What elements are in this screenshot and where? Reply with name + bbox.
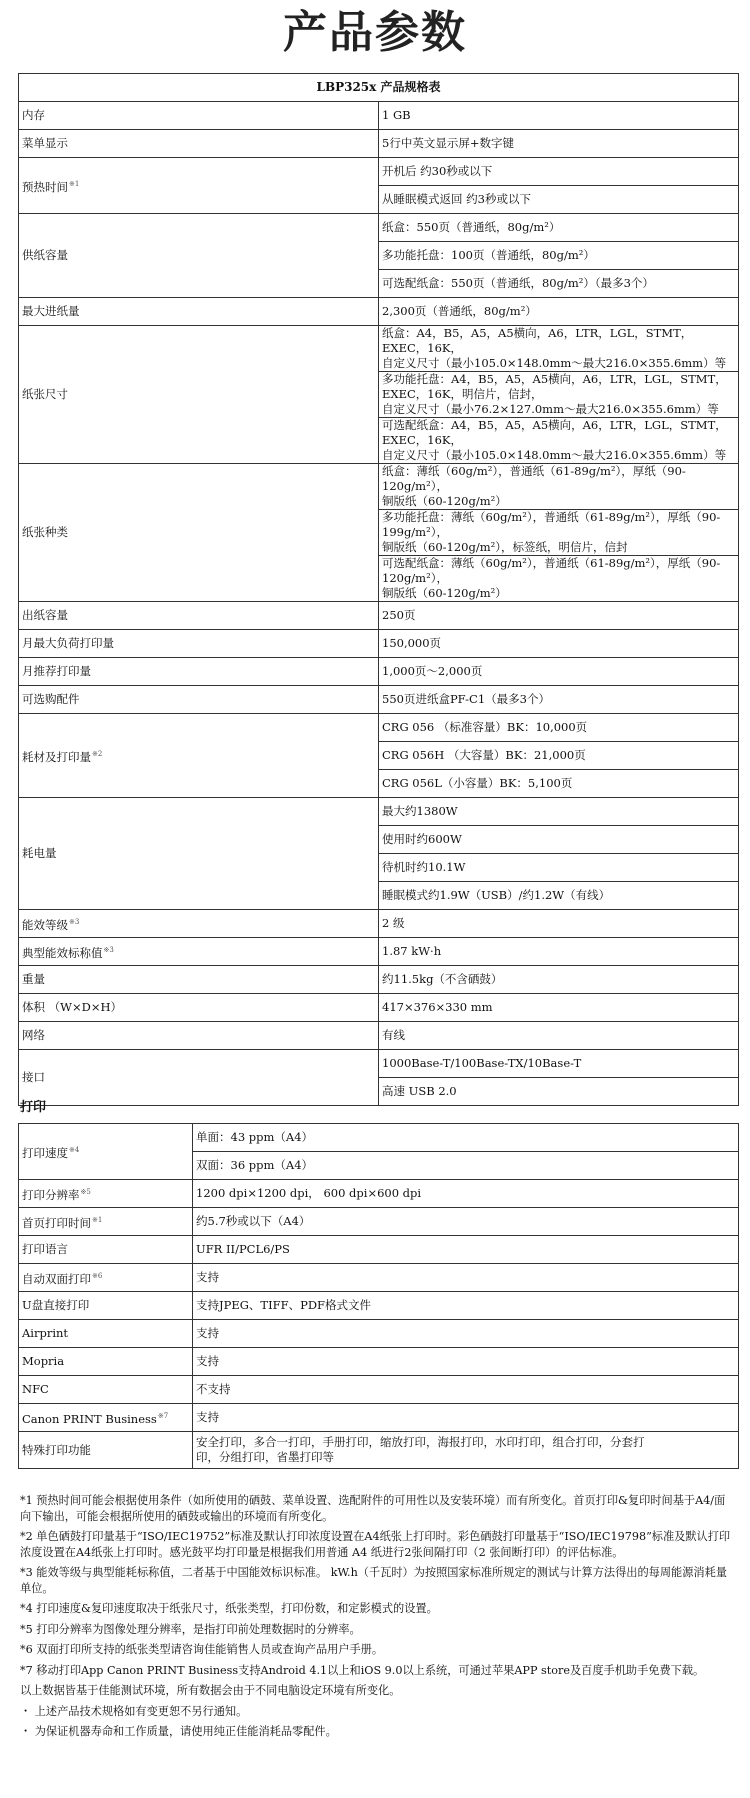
spec-value: 多功能托盘：100页（普通纸，80g/m²） (379, 242, 739, 270)
spec-label: 出纸容量 (19, 602, 379, 630)
spec-value: 2,300页（普通纸，80g/m²） (379, 298, 739, 326)
spec-label: 打印速度※4 (19, 1124, 193, 1180)
spec-label-text: 耗材及打印量 (22, 749, 91, 763)
spec-value: CRG 056L（小容量）BK：5,100页 (379, 770, 739, 798)
spec-label-text: 菜单显示 (22, 136, 68, 150)
spec-value: 5行中英文显示屏+数字键 (379, 130, 739, 158)
table-row: 首页打印时间※1约5.7秒或以下（A4） (19, 1208, 739, 1236)
table-row: 打印分辨率※51200 dpi×1200 dpi， 600 dpi×600 dp… (19, 1180, 739, 1208)
spec-label-text: 能效等级 (22, 917, 68, 931)
table-row: 接口1000Base-T/100Base-TX/10Base-T (19, 1050, 739, 1078)
table-row: 打印速度※4单面：43 ppm（A4） (19, 1124, 739, 1152)
spec-value-line: 印，分组打印，省墨打印等 (196, 1450, 735, 1465)
footnote-item: *3 能效等级与典型能耗标称值，二者基于中国能效标识标准。 kW.h（千瓦时）为… (20, 1565, 735, 1596)
spec-label-text: 预热时间 (22, 179, 68, 193)
spec-value-line: 自定义尺寸（最小105.0×148.0mm～最大216.0×355.6mm）等 (382, 356, 735, 371)
spec-label-text: 体积 （W×D×H） (22, 1000, 122, 1014)
footnote-item: ・ 为保证机器寿命和工作质量，请使用纯正佳能消耗品零配件。 (20, 1724, 735, 1740)
spec-value: 安全打印，多合一打印，手册打印，缩放打印，海报打印，水印打印，组合打印，分套打印… (193, 1432, 739, 1469)
footnote-ref: ※7 (158, 1412, 168, 1420)
footnote-ref: ※3 (69, 918, 79, 926)
table-row: 供纸容量纸盒：550页（普通纸，80g/m²） (19, 214, 739, 242)
spec-value: 1200 dpi×1200 dpi， 600 dpi×600 dpi (193, 1180, 739, 1208)
footnote-ref: ※2 (92, 750, 102, 758)
spec-value: 高速 USB 2.0 (379, 1078, 739, 1106)
spec-label: 网络 (19, 1022, 379, 1050)
spec-label-text: 耗电量 (22, 846, 57, 860)
spec-label: 纸张种类 (19, 464, 379, 602)
spec-value-line: 自定义尺寸（最小76.2×127.0mm～最大216.0×355.6mm）等 (382, 402, 735, 417)
spec-label: 特殊打印功能 (19, 1432, 193, 1469)
table-row: 重量约11.5kg（不含硒鼓） (19, 966, 739, 994)
spec-value-line: 纸盒：A4，B5，A5，A5横向，A6，LTR，LGL，STMT，EXEC，16… (382, 326, 735, 356)
table-row: 最大进纸量2,300页（普通纸，80g/m²） (19, 298, 739, 326)
footnote-item: *4 打印速度&复印速度取决于纸张尺寸，纸张类型，打印份数，和定影模式的设置。 (20, 1601, 735, 1617)
table-row: Canon PRINT Business※7支持 (19, 1404, 739, 1432)
spec-label-text: Airprint (22, 1326, 68, 1340)
spec-label-text: 典型能效标称值 (22, 945, 103, 959)
spec-value: 开机后 约30秒或以下 (379, 158, 739, 186)
spec-value-line: 多功能托盘：A4，B5，A5，A5横向，A6，LTR，LGL，STMT，EXEC… (382, 372, 735, 402)
spec-value: 睡眠模式约1.9W（USB）/约1.2W（有线） (379, 882, 739, 910)
footnote-ref: ※1 (92, 1216, 102, 1224)
spec-label-text: 内存 (22, 108, 45, 122)
spec-value: 单面：43 ppm（A4） (193, 1124, 739, 1152)
table-row: 打印语言UFR II/PCL6/PS (19, 1236, 739, 1264)
spec-label: 耗电量 (19, 798, 379, 910)
table-row: 耗材及打印量※2CRG 056 （标准容量）BK：10,000页 (19, 714, 739, 742)
footnote-ref: ※1 (69, 180, 79, 188)
spec-label: 典型能效标称值※3 (19, 938, 379, 966)
table-row: 耗电量最大约1380W (19, 798, 739, 826)
spec-label-text: NFC (22, 1382, 49, 1396)
spec-label: 接口 (19, 1050, 379, 1106)
spec-value: 支持JPEG、TIFF、PDF格式文件 (193, 1292, 739, 1320)
spec-value-line: 铜版纸（60-120g/m²） (382, 494, 735, 509)
spec-label-text: 特殊打印功能 (22, 1443, 91, 1457)
spec-label: 打印语言 (19, 1236, 193, 1264)
spec-label-text: 首页打印时间 (22, 1215, 91, 1229)
spec-value: 支持 (193, 1264, 739, 1292)
spec-value-line: 自定义尺寸（最小105.0×148.0mm～最大216.0×355.6mm）等 (382, 448, 735, 463)
spec-value: 约5.7秒或以下（A4） (193, 1208, 739, 1236)
spec-value: 纸盒：薄纸（60g/m²），普通纸（61-89g/m²），厚纸（90-120g/… (379, 464, 739, 510)
table-row: Airprint支持 (19, 1320, 739, 1348)
spec-label: 内存 (19, 102, 379, 130)
spec-label-text: 接口 (22, 1070, 45, 1084)
table-row: 纸张种类纸盒：薄纸（60g/m²），普通纸（61-89g/m²），厚纸（90-1… (19, 464, 739, 510)
spec-value: CRG 056H （大容量）BK：21,000页 (379, 742, 739, 770)
spec-label-text: 纸张尺寸 (22, 387, 68, 401)
spec-label-text: 可选购配件 (22, 692, 80, 706)
spec-value: 250页 (379, 602, 739, 630)
spec-label-text: 月推荐打印量 (22, 664, 91, 678)
spec-value: 双面：36 ppm（A4） (193, 1152, 739, 1180)
table-row: 月最大负荷打印量150,000页 (19, 630, 739, 658)
spec-label-text: 打印分辨率 (22, 1187, 80, 1201)
table-row: 典型能效标称值※31.87 kW·h (19, 938, 739, 966)
spec-label: Mopria (19, 1348, 193, 1376)
spec-label: U盘直接打印 (19, 1292, 193, 1320)
table-row: 网络有线 (19, 1022, 739, 1050)
spec-value: 纸盒：A4，B5，A5，A5横向，A6，LTR，LGL，STMT，EXEC，16… (379, 326, 739, 372)
spec-label-text: Mopria (22, 1354, 64, 1368)
spec-label: 耗材及打印量※2 (19, 714, 379, 798)
table-row: 预热时间※1开机后 约30秒或以下 (19, 158, 739, 186)
spec-value: 多功能托盘：A4，B5，A5，A5横向，A6，LTR，LGL，STMT，EXEC… (379, 372, 739, 418)
spec-value: 可选配纸盒：550页（普通纸，80g/m²）（最多3个） (379, 270, 739, 298)
spec-value: 550页进纸盒PF-C1（最多3个） (379, 686, 739, 714)
spec-value: 1.87 kW·h (379, 938, 739, 966)
spec-label: 重量 (19, 966, 379, 994)
table-row: 出纸容量250页 (19, 602, 739, 630)
spec-value: 多功能托盘：薄纸（60g/m²），普通纸（61-89g/m²），厚纸（90-19… (379, 510, 739, 556)
spec-label-text: 月最大负荷打印量 (22, 636, 114, 650)
spec-value: 可选配纸盒：A4，B5，A5，A5横向，A6，LTR，LGL，STMT，EXEC… (379, 418, 739, 464)
spec-value-line: 可选配纸盒：A4，B5，A5，A5横向，A6，LTR，LGL，STMT，EXEC… (382, 418, 735, 448)
spec-table: LBP325x 产品规格表 内存1 GB菜单显示5行中英文显示屏+数字键预热时间… (18, 73, 739, 1106)
spec-label-text: 最大进纸量 (22, 304, 80, 318)
spec-value: 纸盒：550页（普通纸，80g/m²） (379, 214, 739, 242)
spec-label-text: 出纸容量 (22, 608, 68, 622)
spec-label: 月最大负荷打印量 (19, 630, 379, 658)
spec-value: 支持 (193, 1320, 739, 1348)
table-row: 月推荐打印量1,000页～2,000页 (19, 658, 739, 686)
spec-label: 最大进纸量 (19, 298, 379, 326)
spec-label: 月推荐打印量 (19, 658, 379, 686)
table-row: 体积 （W×D×H）417×376×330 mm (19, 994, 739, 1022)
footnote-item: *1 预热时间可能会根据使用条件（如所使用的硒鼓、菜单设置、选配附件的可用性以及… (20, 1493, 735, 1524)
table-row: NFC不支持 (19, 1376, 739, 1404)
spec-label: 自动双面打印※6 (19, 1264, 193, 1292)
spec-value-line: 铜版纸（60-120g/m²） (382, 586, 735, 601)
spec-label: 打印分辨率※5 (19, 1180, 193, 1208)
spec-label-text: 打印语言 (22, 1242, 68, 1256)
table-row: 纸张尺寸纸盒：A4，B5，A5，A5横向，A6，LTR，LGL，STMT，EXE… (19, 326, 739, 372)
spec-value: 不支持 (193, 1376, 739, 1404)
spec-label-text: 重量 (22, 972, 45, 986)
spec-value-line: 纸盒：薄纸（60g/m²），普通纸（61-89g/m²），厚纸（90-120g/… (382, 464, 735, 494)
spec-label-text: U盘直接打印 (22, 1298, 89, 1312)
spec-value: 从睡眠模式返回 约3秒或以下 (379, 186, 739, 214)
footnote-ref: ※4 (69, 1146, 79, 1154)
spec-label-text: 供纸容量 (22, 248, 68, 262)
footnote-ref: ※6 (92, 1272, 102, 1280)
spec-value: 1 GB (379, 102, 739, 130)
table-row: 可选购配件550页进纸盒PF-C1（最多3个） (19, 686, 739, 714)
table-row: Mopria支持 (19, 1348, 739, 1376)
footnotes: *1 预热时间可能会根据使用条件（如所使用的硒鼓、菜单设置、选配附件的可用性以及… (20, 1493, 735, 1745)
table-row: 菜单显示5行中英文显示屏+数字键 (19, 130, 739, 158)
spec-label: 预热时间※1 (19, 158, 379, 214)
footnote-item: *6 双面打印所支持的纸张类型请咨询佳能销售人员或查询产品用户手册。 (20, 1642, 735, 1658)
footnote-ref: ※3 (104, 946, 114, 954)
page-title: 产品参数 (0, 0, 750, 66)
spec-value: 约11.5kg（不含硒鼓） (379, 966, 739, 994)
footnote-item: *7 移动打印App Canon PRINT Business支持Android… (20, 1663, 735, 1679)
spec-label: 纸张尺寸 (19, 326, 379, 464)
table-caption: LBP325x 产品规格表 (19, 74, 739, 102)
table-row: 内存1 GB (19, 102, 739, 130)
spec-value: 最大约1380W (379, 798, 739, 826)
spec-label: 体积 （W×D×H） (19, 994, 379, 1022)
spec-value: UFR II/PCL6/PS (193, 1236, 739, 1264)
spec-label: NFC (19, 1376, 193, 1404)
spec-value: 使用时约600W (379, 826, 739, 854)
spec-value: 2 级 (379, 910, 739, 938)
footnote-item: *5 打印分辨率为图像处理分辨率，是指打印前处理数据时的分辨率。 (20, 1622, 735, 1638)
spec-value: CRG 056 （标准容量）BK：10,000页 (379, 714, 739, 742)
spec-value: 1000Base-T/100Base-TX/10Base-T (379, 1050, 739, 1078)
footnote-item: ・ 上述产品技术规格如有变更恕不另行通知。 (20, 1704, 735, 1720)
table-row: U盘直接打印支持JPEG、TIFF、PDF格式文件 (19, 1292, 739, 1320)
spec-label-text: 网络 (22, 1028, 45, 1042)
spec-value: 待机时约10.1W (379, 854, 739, 882)
table-row: 特殊打印功能安全打印，多合一打印，手册打印，缩放打印，海报打印，水印打印，组合打… (19, 1432, 739, 1469)
print-spec-table: 打印速度※4单面：43 ppm（A4）双面：36 ppm（A4）打印分辨率※51… (18, 1123, 739, 1469)
spec-label-text: 纸张种类 (22, 525, 68, 539)
footnote-item: *2 单色硒鼓打印量基于“ISO/IEC19752”标准及默认打印浓度设置在A4… (20, 1529, 735, 1560)
spec-label: 首页打印时间※1 (19, 1208, 193, 1236)
spec-label: 能效等级※3 (19, 910, 379, 938)
spec-value: 有线 (379, 1022, 739, 1050)
spec-value: 支持 (193, 1404, 739, 1432)
spec-value-line: 安全打印，多合一打印，手册打印，缩放打印，海报打印，水印打印，组合打印，分套打 (196, 1435, 735, 1450)
footnote-item: 以上数据皆基于佳能测试环境，所有数据会由于不同电脑设定环境有所变化。 (20, 1683, 735, 1699)
print-section-heading: 打印 (20, 1096, 46, 1115)
spec-value-line: 多功能托盘：薄纸（60g/m²），普通纸（61-89g/m²），厚纸（90-19… (382, 510, 735, 540)
spec-label: 可选购配件 (19, 686, 379, 714)
spec-label: Airprint (19, 1320, 193, 1348)
spec-label: 供纸容量 (19, 214, 379, 298)
spec-label: Canon PRINT Business※7 (19, 1404, 193, 1432)
spec-value: 1,000页～2,000页 (379, 658, 739, 686)
spec-label: 菜单显示 (19, 130, 379, 158)
spec-label-text: Canon PRINT Business (22, 1411, 157, 1425)
spec-value-line: 可选配纸盒：薄纸（60g/m²），普通纸（61-89g/m²），厚纸（90-12… (382, 556, 735, 586)
spec-value: 支持 (193, 1348, 739, 1376)
spec-value: 150,000页 (379, 630, 739, 658)
spec-label-text: 打印速度 (22, 1145, 68, 1159)
table-row: 自动双面打印※6支持 (19, 1264, 739, 1292)
spec-value: 417×376×330 mm (379, 994, 739, 1022)
footnote-ref: ※5 (81, 1188, 91, 1196)
table-row: 能效等级※32 级 (19, 910, 739, 938)
spec-label-text: 自动双面打印 (22, 1271, 91, 1285)
spec-value-line: 铜版纸（60-120g/m²），标签纸，明信片，信封 (382, 540, 735, 555)
spec-value: 可选配纸盒：薄纸（60g/m²），普通纸（61-89g/m²），厚纸（90-12… (379, 556, 739, 602)
